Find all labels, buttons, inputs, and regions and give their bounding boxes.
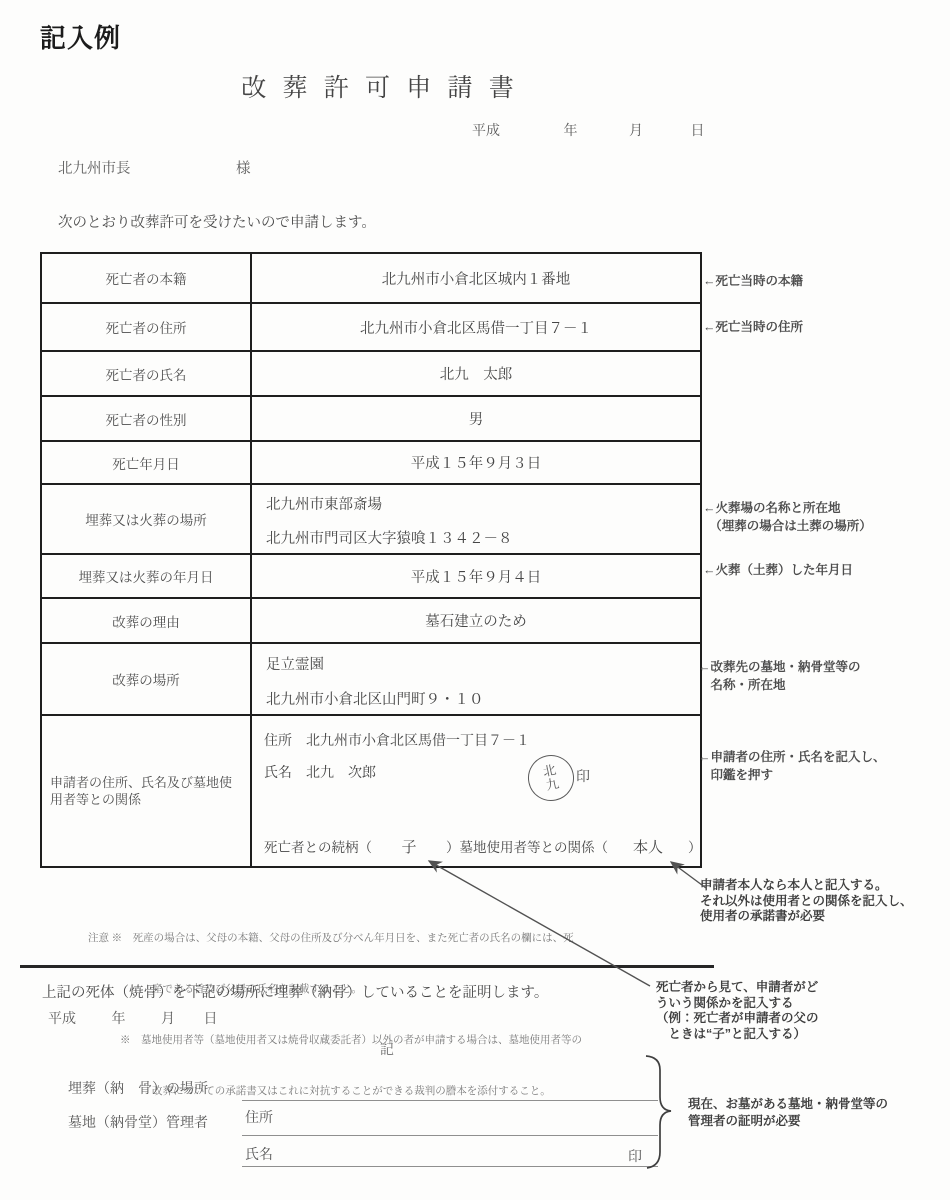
callout-zokugara-note: 死亡者から見て、申請者がどういう関係かを記入する（例：死亡者が申請者の父の とき… [656,980,819,1042]
row-value: 墓石建立のため [252,599,700,642]
row-value: 平成１５年９月３日 [252,442,700,483]
relation-end: ） [688,840,702,855]
date-month: 月 [161,1012,175,1027]
date-year: 年 [564,120,578,140]
table-row-shibo-date: 死亡年月日 平成１５年９月３日 [42,442,700,485]
callout-line: ←火葬場の名称と所在地 [703,501,841,515]
row-label: 死亡者の住所 [42,304,252,350]
relation-line: 死亡者との続柄（子）墓地使用者等との関係（本人） [264,836,702,857]
value-line-2: 北九州市小倉北区山門町９・１０ [266,688,484,709]
honorific-sama: 様 [236,157,251,178]
date-era: 平成 [472,120,500,140]
table-row-kaiso-basho: 改葬の場所 足立霊園 北九州市小倉北区山門町９・１０ [42,644,700,716]
row-value: 平成１５年９月４日 [252,555,700,597]
row-value: 北九州市小倉北区城内１番地 [252,254,700,302]
callout-kaso-date: ←火葬（土葬）した年月日 [703,561,853,579]
table-row-applicant: 申請者の住所、氏名及び墓地使用者等との関係 住所 北九州市小倉北区馬借一丁目７－… [42,716,700,866]
table-row-maiso-basho: 埋葬又は火葬の場所 北九州市東部斎場 北九州市門司区大字猿喰１３４２－８ [42,485,700,555]
callout-jusho: ←死亡当時の住所 [703,318,803,336]
row-label: 埋葬又は火葬の場所 [42,485,252,553]
callout-line: ときは“子”と記入する） [656,1027,806,1041]
brace-right [646,1056,671,1168]
callout-line: 申請者本人なら本人と記入する。 [700,878,888,892]
seal-char: 九 [545,777,561,793]
note-line: ※ 墓地使用者等（墓地使用者又は焼骨収蔵委託者）以外の者が申請する場合は、墓地使… [88,1032,582,1049]
applicant-cell: 住所 北九州市小倉北区馬借一丁目７－１ 氏名 北九 次郎 北九 印 死亡者との続… [252,716,700,866]
row-value: 北九州市東部斎場 北九州市門司区大字猿喰１３４２－８ [252,485,700,553]
address-label: 住所 [264,734,292,749]
callout-kanrisha-note: 現在、お墓がある墓地・納骨堂等の管理者の証明が必要 [688,1096,888,1130]
table-row-jusho: 死亡者の住所 北九州市小倉北区馬借一丁目７－１ [42,304,700,352]
application-table: 死亡者の本籍 北九州市小倉北区城内１番地 死亡者の住所 北九州市小倉北区馬借一丁… [40,252,702,868]
row-value: 北九州市小倉北区馬借一丁目７－１ [252,304,700,350]
value-line-1: 北九州市東部斎場 [266,493,382,514]
row-label: 死亡者の本籍 [42,254,252,302]
callout-line: 印鑑を押す [698,768,773,782]
relation-mid: ）墓地使用者等との関係（ [446,840,608,855]
callout-line: 名称・所在地 [698,678,786,692]
applicant-address: 住所 北九州市小倉北区馬借一丁目７－１ [264,730,530,750]
row-label: 改葬の場所 [42,644,252,714]
row-value: 男 [252,397,700,440]
manager-name-label: 氏名 [245,1144,273,1164]
certificate-statement: 上記の死体（焼骨）を下記の場所に埋葬（納骨）していることを証明します。 [42,981,548,1002]
row-label: 死亡者の氏名 [42,352,252,395]
seal-suffix-label: 印 [576,766,590,786]
date-day: 日 [204,1012,218,1027]
callout-line: （例：死亡者が申請者の父の [656,1011,819,1025]
burial-place-field-line [242,1100,658,1101]
callout-line: 現在、お墓がある墓地・納骨堂等の [688,1097,888,1111]
callout-kaisosaki: ←改葬先の墓地・納骨堂等の 名称・所在地 [698,658,861,694]
scanned-form-page: { "colors": { "ink": "#3c3c3c", "border"… [0,0,950,1200]
seal-stamp: 北九 [524,751,579,806]
table-row-honseki: 死亡者の本籍 北九州市小倉北区城内１番地 [42,254,700,304]
row-value: 足立霊園 北九州市小倉北区山門町９・１０ [252,644,700,714]
table-row-maiso-date: 埋葬又は火葬の年月日 平成１５年９月４日 [42,555,700,599]
date-month: 月 [629,120,643,140]
row-label: 埋葬又は火葬の年月日 [42,555,252,597]
callout-honnin-note: 申請者本人なら本人と記入する。それ以外は使用者との関係を記入し、使用者の承諾書が… [700,878,913,925]
manager-address-label: 住所 [245,1107,273,1127]
manager-seal-label: 印 [628,1146,642,1166]
callout-honseki: ←死亡当時の本籍 [703,272,803,290]
date-year: 年 [112,1012,126,1027]
applicant-name: 氏名 北九 次郎 [264,762,376,782]
date-era: 平成 [48,1012,76,1027]
row-label: 申請者の住所、氏名及び墓地使用者等との関係 [42,716,252,866]
value-line-1: 足立霊園 [266,653,324,674]
manager-name-field-line [242,1166,658,1167]
burial-place-label: 埋葬（納 骨）の場所 [68,1078,208,1098]
row-label: 死亡者の性別 [42,397,252,440]
relation-to-deceased: 子 [372,836,446,857]
row-label: 改葬の理由 [42,599,252,642]
callout-kasoba: ←火葬場の名称と所在地 （埋葬の場合は土葬の場所） [703,499,872,535]
callout-line: ういう関係かを記入する [656,996,794,1010]
row-label: 死亡年月日 [42,442,252,483]
manager-label: 墓地（納骨堂）管理者 [68,1112,208,1132]
name-value: 北九 次郎 [306,766,376,781]
callout-shinseisha: ←申請者の住所・氏名を記入し、 印鑑を押す [698,748,886,784]
callout-line: ←改葬先の墓地・納骨堂等の [698,660,861,674]
manager-address-field-line [242,1135,658,1136]
relation-to-user: 本人 [608,836,688,857]
callout-line: ←申請者の住所・氏名を記入し、 [698,750,886,764]
example-label: 記入例 [40,18,121,55]
form-title: 改 葬 許 可 申 請 書 [0,68,760,104]
relation-pre: 死亡者との続柄（ [264,840,372,855]
addressee: 北九州市長 [58,157,131,178]
table-row-riyu: 改葬の理由 墓石建立のため [42,599,700,644]
certificate-date-line: 平成 年 月 日 [48,1008,218,1028]
callout-line: 使用者の承諾書が必要 [700,909,825,923]
name-label: 氏名 [264,766,292,781]
intro-sentence: 次のとおり改葬許可を受けたいので申請します。 [58,211,376,232]
section-divider [20,965,714,968]
callout-line: それ以外は使用者との関係を記入し、 [700,894,913,908]
table-row-shimei: 死亡者の氏名 北九 太郎 [42,352,700,397]
address-value: 北九州市小倉北区馬借一丁目７－１ [306,734,530,749]
callout-line: 死亡者から見て、申請者がど [656,980,818,994]
table-row-seibetsu: 死亡者の性別 男 [42,397,700,442]
note-line: 注意 ※ 死産の場合は、父母の本籍、父母の住所及び分べん年月日を、また死亡者の氏… [88,930,582,947]
callout-line: 管理者の証明が必要 [688,1114,801,1128]
date-day: 日 [691,120,705,140]
ki-heading: 記 [380,1039,394,1059]
value-line-2: 北九州市門司区大字猿喰１３４２－８ [266,527,513,548]
row-value: 北九 太郎 [252,352,700,395]
callout-line: （埋葬の場合は土葬の場所） [703,519,872,533]
header-date-line: 平成 年 月 日 [472,120,705,140]
